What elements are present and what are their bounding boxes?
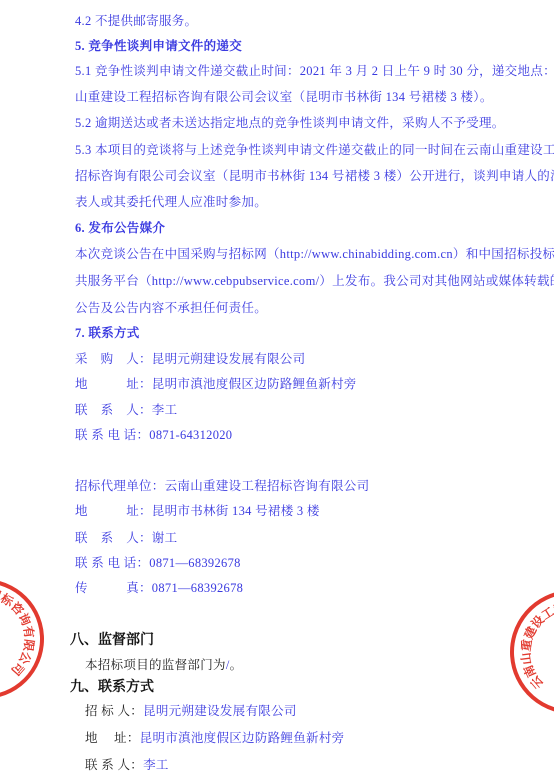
agency-fax-line: 传 真：0871—68392678 xyxy=(75,580,243,597)
doc-line: 5.2 逾期送达或者未送达指定地点的竞争性谈判申请文件，采购人不予受理。 xyxy=(75,115,505,132)
doc-line: 招标咨询有限公司会议室（昆明市书林街 134 号裙楼 3 楼）公开进行，谈判申请… xyxy=(75,168,554,185)
seal-arc-text: 云南山重建设工程招标咨询有限公司 xyxy=(514,595,554,693)
doc-line: 公告及公告内容不承担任何责任。 xyxy=(75,300,267,317)
tenderer-label: 招 标 人： xyxy=(85,704,143,718)
seal-ring xyxy=(508,588,554,716)
agency-phone-line: 联 系 电 话：0871—68392678 xyxy=(75,555,241,572)
section-heading-9: 九、联系方式 xyxy=(70,676,154,696)
purchaser-phone-line: 联 系 电 话：0871-64312020 xyxy=(75,427,232,444)
agency-address-line: 地 址：昆明市书林街 134 号裙楼 3 楼 xyxy=(75,503,320,520)
supervision-line: 本招标项目的监督部门为/。 xyxy=(85,655,242,673)
seal-ring xyxy=(0,575,48,702)
doc-line: 山重建设工程招标咨询有限公司会议室（昆明市书林街 134 号裙楼 3 楼）。 xyxy=(75,89,493,106)
purchaser-contact-line: 联 系 人：李工 xyxy=(75,402,177,419)
company-seal-left: 云南山重建设工程招标咨询有限公司 ····· xyxy=(0,562,61,716)
supervision-text: 本招标项目的监督部门为 xyxy=(85,658,226,672)
purchaser-line: 采 购 人：昆明元朔建设发展有限公司 xyxy=(75,351,305,368)
section-heading-6: 6. 发布公告媒介 xyxy=(75,220,165,237)
doc-line: 共服务平台（http://www.cebpubservice.com/）上发布。… xyxy=(75,273,554,290)
doc-line: 表人或其委托代理人应准时参加。 xyxy=(75,194,267,211)
section-heading-5: 5. 竞争性谈判申请文件的递交 xyxy=(75,38,242,55)
agency-line: 招标代理单位：云南山重建设工程招标咨询有限公司 xyxy=(75,478,369,495)
doc-line: 5.1 竞争性谈判申请文件递交截止时间：2021 年 3 月 2 日上午 9 时… xyxy=(75,63,554,80)
tenderer-line: 招 标 人：昆明元朔建设发展有限公司 xyxy=(85,701,297,719)
doc-line: 5.3 本项目的竞谈将与上述竞争性谈判申请文件递交截止的同一时间在云南山重建设工… xyxy=(75,142,554,159)
supervision-period: 。 xyxy=(230,658,243,672)
tenderer-contact-label: 联 系 人： xyxy=(85,758,143,772)
tenderer-address-value: 昆明市滇池度假区边防路鲤鱼新村旁 xyxy=(140,731,345,745)
tenderer-contact-line: 联 系 人：李工 xyxy=(85,755,169,772)
document-page: 4.2 不提供邮寄服务。 5. 竞争性谈判申请文件的递交 5.1 竞争性谈判申请… xyxy=(0,0,554,772)
seal-star-icon xyxy=(0,621,1,653)
section-heading-8: 八、监督部门 xyxy=(70,629,154,649)
tenderer-address-line: 地 址：昆明市滇池度假区边防路鲤鱼新村旁 xyxy=(85,728,344,746)
purchaser-address-line: 地 址：昆明市滇池度假区边防路鲤鱼新村旁 xyxy=(75,376,357,393)
doc-line: 本次竞谈公告在中国采购与招标网（http://www.chinabidding.… xyxy=(75,246,554,263)
agency-contact-line: 联 系 人：谢工 xyxy=(75,530,177,547)
tenderer-contact-value: 李工 xyxy=(143,758,169,772)
section-heading-7: 7. 联系方式 xyxy=(75,325,140,342)
company-seal-right: 云南山重建设工程招标咨询有限公司 ····· xyxy=(497,577,554,726)
seal-arc-text: 云南山重建设工程招标咨询有限公司 xyxy=(0,580,42,680)
tenderer-value: 昆明元朔建设发展有限公司 xyxy=(143,704,297,718)
tenderer-address-label: 地 址： xyxy=(85,731,140,745)
doc-line: 4.2 不提供邮寄服务。 xyxy=(75,13,197,30)
